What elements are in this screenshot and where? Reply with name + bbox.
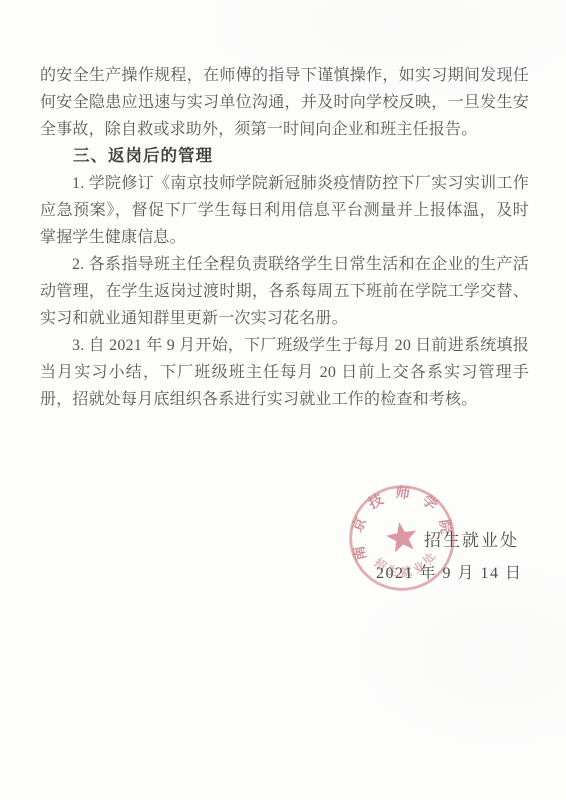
signature-date: 2021 年 9 月 14 日 <box>376 560 523 583</box>
section-heading: 三、返岗后的管理 <box>40 143 529 170</box>
list-item-2: 2. 各系指导班主任全程负责联络学生日常生活和在企业的生产活动管理，在学生返岗过… <box>40 251 529 332</box>
list-item-3: 3. 自 2021 年 9 月开始，下厂班级学生于每月 20 日前进系统填报当月… <box>40 332 529 413</box>
document-body: 的安全生产操作规程，在师傅的指导下谨慎操作，如实习期间发现任何安全隐患应迅速与实… <box>40 62 529 413</box>
list-item-1: 1. 学院修订《南京技师学院新冠肺炎疫情防控下厂实习实训工作应急预案》，督促下厂… <box>40 170 529 251</box>
document-page: 的安全生产操作规程，在师傅的指导下谨慎操作，如实习期间发现任何安全隐患应迅速与实… <box>0 0 566 800</box>
paragraph-safety-continuation: 的安全生产操作规程，在师傅的指导下谨慎操作，如实习期间发现任何安全隐患应迅速与实… <box>40 62 529 143</box>
seal-star-icon <box>384 519 419 553</box>
signature-department: 招生就业处 <box>424 526 519 551</box>
